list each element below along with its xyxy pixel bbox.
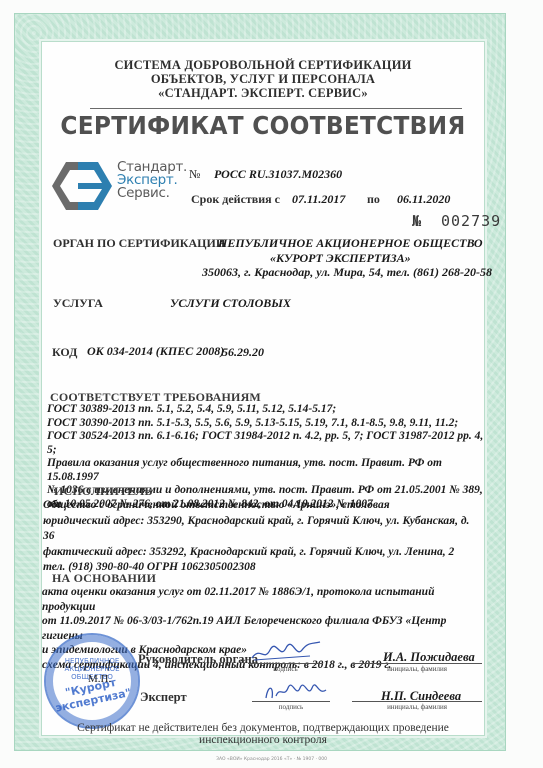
executor-line: Общество с ограниченной ответственностью… bbox=[43, 498, 483, 514]
executor-line: фактический адрес: 353292, Краснодарский… bbox=[43, 545, 483, 561]
executor-line: юридический адрес: 353290, Краснодарский… bbox=[43, 514, 483, 545]
head-name-caption: инициалы, фамилия bbox=[352, 665, 482, 673]
head-name-line bbox=[352, 663, 482, 664]
service-label: УСЛУГА bbox=[53, 296, 103, 311]
expert-signature-line bbox=[252, 701, 330, 702]
expert-signature-caption: подпись bbox=[252, 703, 330, 711]
system-name-line-1: СИСТЕМА ДОБРОВОЛЬНОЙ СЕРТИФИКАЦИИ bbox=[42, 58, 484, 72]
requirement-line: Правила оказания услуг общественного пит… bbox=[47, 457, 487, 484]
code-value: 56.29.20 bbox=[222, 345, 264, 360]
requirement-line: ГОСТ 30524-2013 пп. 6.1-6.16; ГОСТ 31984… bbox=[47, 430, 487, 457]
requirement-line: ГОСТ 30390-2013 пп. 5.1-5.3, 5.5, 5.6, 5… bbox=[47, 417, 487, 431]
requirement-line: ГОСТ 30389-2013 пп. 5.1, 5.2, 5.4, 5.9, … bbox=[47, 403, 487, 417]
validity-label: Срок действия с bbox=[191, 192, 280, 207]
executor-details: Общество с ограниченной ответственностью… bbox=[43, 498, 483, 576]
valid-to: 06.11.2020 bbox=[397, 192, 450, 207]
organ-label: ОРГАН ПО СЕРТИФИКАЦИИ bbox=[53, 236, 225, 251]
head-signature-icon bbox=[250, 640, 322, 664]
validity-note: Сертификат не действителен без документо… bbox=[42, 722, 484, 746]
cert-number: РОСС RU.31037.М02360 bbox=[214, 167, 342, 182]
executor-label: ИСПОЛНИТЕЛЬ bbox=[54, 484, 153, 499]
basis-line: акта оценки оказания услуг от 02.11.2017… bbox=[42, 585, 487, 614]
expert-name-line bbox=[352, 701, 482, 702]
organ-name-2: «КУРОРТ ЭКСПЕРТИЗА» bbox=[270, 251, 411, 266]
organ-address: 350063, г. Краснодар, ул. Мира, 54, тел.… bbox=[202, 265, 492, 280]
logo-wordmark: Стандарт. Эксперт. Сервис. bbox=[117, 161, 187, 200]
header-divider bbox=[90, 108, 462, 109]
service-value: УСЛУГИ СТОЛОВЫХ bbox=[170, 296, 291, 311]
expert-label: Эксперт bbox=[140, 690, 187, 705]
head-signature-caption: подпись bbox=[248, 665, 323, 673]
serial-label: № bbox=[412, 212, 422, 230]
valid-from: 07.11.2017 bbox=[292, 192, 345, 207]
valid-to-label: по bbox=[367, 192, 380, 207]
code-label: КОД bbox=[52, 345, 77, 360]
print-imprint: ЗАО «ВОИ» Краснодар 2016 «Т» · № 1907 · … bbox=[0, 757, 543, 762]
code-classifier: ОК 034-2014 (КПЕС 2008) bbox=[87, 344, 224, 359]
expert-signature-icon bbox=[262, 680, 328, 702]
certificate-title: СЕРТИФИКАТ СООТВЕТСТВИЯ bbox=[57, 111, 468, 140]
head-signature-line bbox=[248, 663, 323, 664]
basis-label: НА ОСНОВАНИИ bbox=[52, 571, 156, 586]
logo-line-3: Сервис. bbox=[117, 187, 187, 200]
organ-name-1: НЕПУБЛИЧНОЕ АКЦИОНЕРНОЕ ОБЩЕСТВО bbox=[218, 236, 483, 251]
system-name-line-2: ОБЪЕКТОВ, УСЛУГ И ПЕРСОНАЛА bbox=[42, 72, 484, 86]
standart-expert-service-logo-icon bbox=[52, 160, 112, 212]
head-label: Руководитель органа bbox=[138, 652, 258, 667]
cert-number-label: № bbox=[189, 167, 200, 182]
system-name-line-3: «СТАНДАРТ. ЭКСПЕРТ. СЕРВИС» bbox=[42, 86, 484, 100]
serial-number: 002739 bbox=[441, 212, 501, 230]
seal-label: М.П. bbox=[88, 673, 111, 685]
expert-name-caption: инициалы, фамилия bbox=[352, 703, 482, 711]
